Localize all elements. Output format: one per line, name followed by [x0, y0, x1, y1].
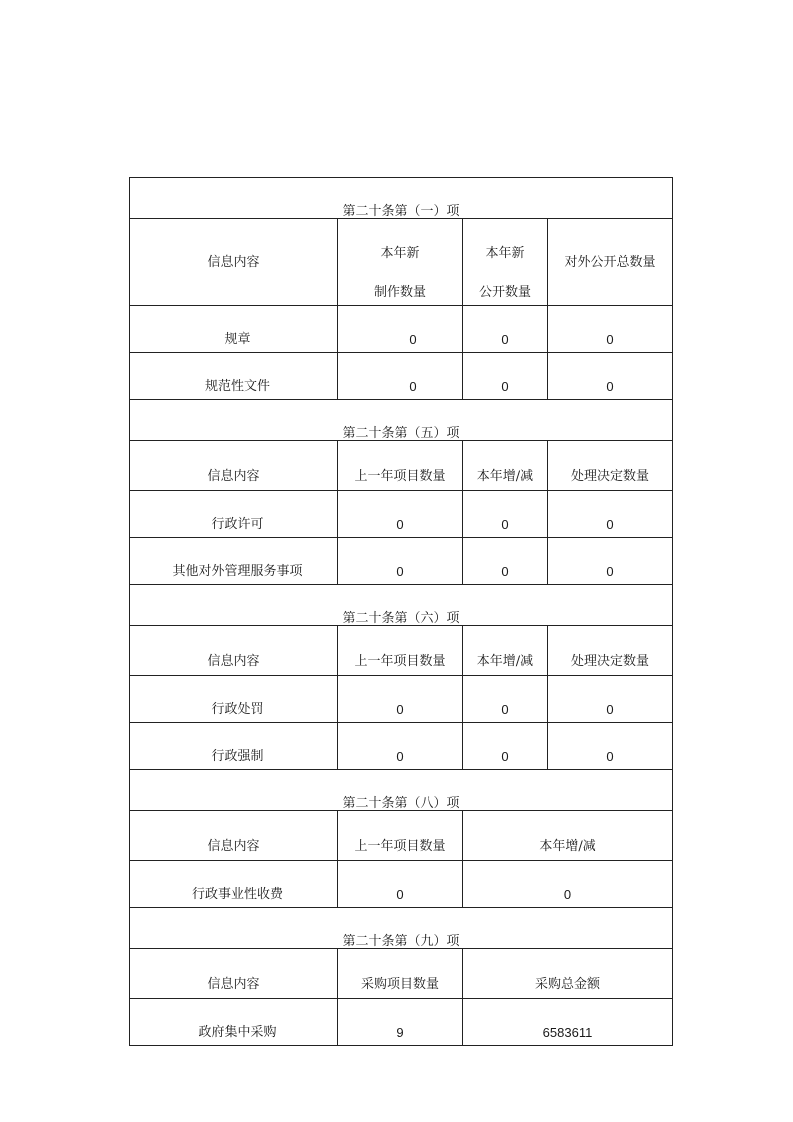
table-row: 行政强制 0 0 0 [130, 723, 673, 770]
cell-value: 0 [463, 306, 548, 353]
header-prev-year-count: 上一年项目数量 [338, 811, 463, 861]
table-row: 规范性文件 0 0 0 [130, 353, 673, 400]
header-decision-count: 处理决定数量 [548, 441, 673, 491]
row-label: 行政事业性收费 [130, 861, 338, 908]
header-line: 公开数量 [479, 285, 531, 300]
header-info-content: 信息内容 [130, 219, 338, 306]
cell-value: 0 [548, 676, 673, 723]
row-label: 行政强制 [130, 723, 338, 770]
header-row: 信息内容 本年新制作数量 本年新公开数量 对外公开总数量 [130, 219, 673, 306]
row-label: 其他对外管理服务事项 [130, 538, 338, 585]
row-label: 规范性文件 [130, 353, 338, 400]
section-title-row: 第二十条第（九）项 [130, 908, 673, 949]
section-title: 第二十条第（八）项 [130, 770, 673, 811]
header-line: 本年新 [338, 247, 462, 260]
cell-value: 0 [338, 723, 463, 770]
header-row: 信息内容 上一年项目数量 本年增/减 [130, 811, 673, 861]
header-info-content: 信息内容 [130, 949, 338, 999]
cell-value: 0 [463, 538, 548, 585]
header-prev-year-count: 上一年项目数量 [338, 441, 463, 491]
header-line: 本年新 [463, 247, 547, 260]
cell-value: 0 [548, 306, 673, 353]
cell-value: 0 [548, 491, 673, 538]
header-change: 本年增/减 [463, 811, 673, 861]
header-change: 本年增/减 [463, 441, 548, 491]
table-row: 规章 0 0 0 [130, 306, 673, 353]
header-change: 本年增/减 [463, 626, 548, 676]
header-info-content: 信息内容 [130, 441, 338, 491]
cell-value: 0 [338, 491, 463, 538]
row-label: 行政处罚 [130, 676, 338, 723]
header-row: 信息内容 上一年项目数量 本年增/减 处理决定数量 [130, 626, 673, 676]
header-new-made-count: 本年新制作数量 [338, 219, 463, 306]
header-info-content: 信息内容 [130, 811, 338, 861]
cell-value: 0 [463, 676, 548, 723]
cell-value: 0 [548, 353, 673, 400]
cell-value: 9 [338, 999, 463, 1046]
table-row: 政府集中采购 9 6583611 [130, 999, 673, 1046]
row-label: 政府集中采购 [130, 999, 338, 1046]
cell-value: 0 [463, 491, 548, 538]
header-procurement-count: 采购项目数量 [338, 949, 463, 999]
disclosure-table: 第二十条第（一）项 信息内容 本年新制作数量 本年新公开数量 对外公开总数量 规… [129, 177, 673, 1046]
cell-value: 0 [463, 723, 548, 770]
section-title: 第二十条第（六）项 [130, 585, 673, 626]
table-row: 行政事业性收费 0 0 [130, 861, 673, 908]
header-procurement-total: 采购总金额 [463, 949, 673, 999]
cell-value: 0 [338, 538, 463, 585]
section-title: 第二十条第（五）项 [130, 400, 673, 441]
table-row: 其他对外管理服务事项 0 0 0 [130, 538, 673, 585]
section-title-row: 第二十条第（八）项 [130, 770, 673, 811]
row-label: 行政许可 [130, 491, 338, 538]
header-prev-year-count: 上一年项目数量 [338, 626, 463, 676]
section-title: 第二十条第（九）项 [130, 908, 673, 949]
cell-value: 6583611 [463, 999, 673, 1046]
cell-value: 0 [338, 676, 463, 723]
table-row: 行政许可 0 0 0 [130, 491, 673, 538]
header-row: 信息内容 采购项目数量 采购总金额 [130, 949, 673, 999]
row-label: 规章 [130, 306, 338, 353]
cell-value: 0 [548, 723, 673, 770]
cell-value: 0 [463, 861, 673, 908]
header-decision-count: 处理决定数量 [548, 626, 673, 676]
section-title-row: 第二十条第（五）项 [130, 400, 673, 441]
table-row: 行政处罚 0 0 0 [130, 676, 673, 723]
document-page: 第二十条第（一）项 信息内容 本年新制作数量 本年新公开数量 对外公开总数量 规… [0, 0, 793, 1122]
section-title: 第二十条第（一）项 [130, 178, 673, 219]
header-total-published: 对外公开总数量 [548, 219, 673, 306]
cell-value: 0 [338, 306, 463, 353]
cell-value: 0 [338, 353, 463, 400]
cell-value: 0 [463, 353, 548, 400]
header-row: 信息内容 上一年项目数量 本年增/减 处理决定数量 [130, 441, 673, 491]
header-new-published-count: 本年新公开数量 [463, 219, 548, 306]
section-title-row: 第二十条第（一）项 [130, 178, 673, 219]
cell-value: 0 [548, 538, 673, 585]
header-info-content: 信息内容 [130, 626, 338, 676]
section-title-row: 第二十条第（六）项 [130, 585, 673, 626]
cell-value: 0 [338, 861, 463, 908]
header-line: 制作数量 [374, 285, 426, 300]
